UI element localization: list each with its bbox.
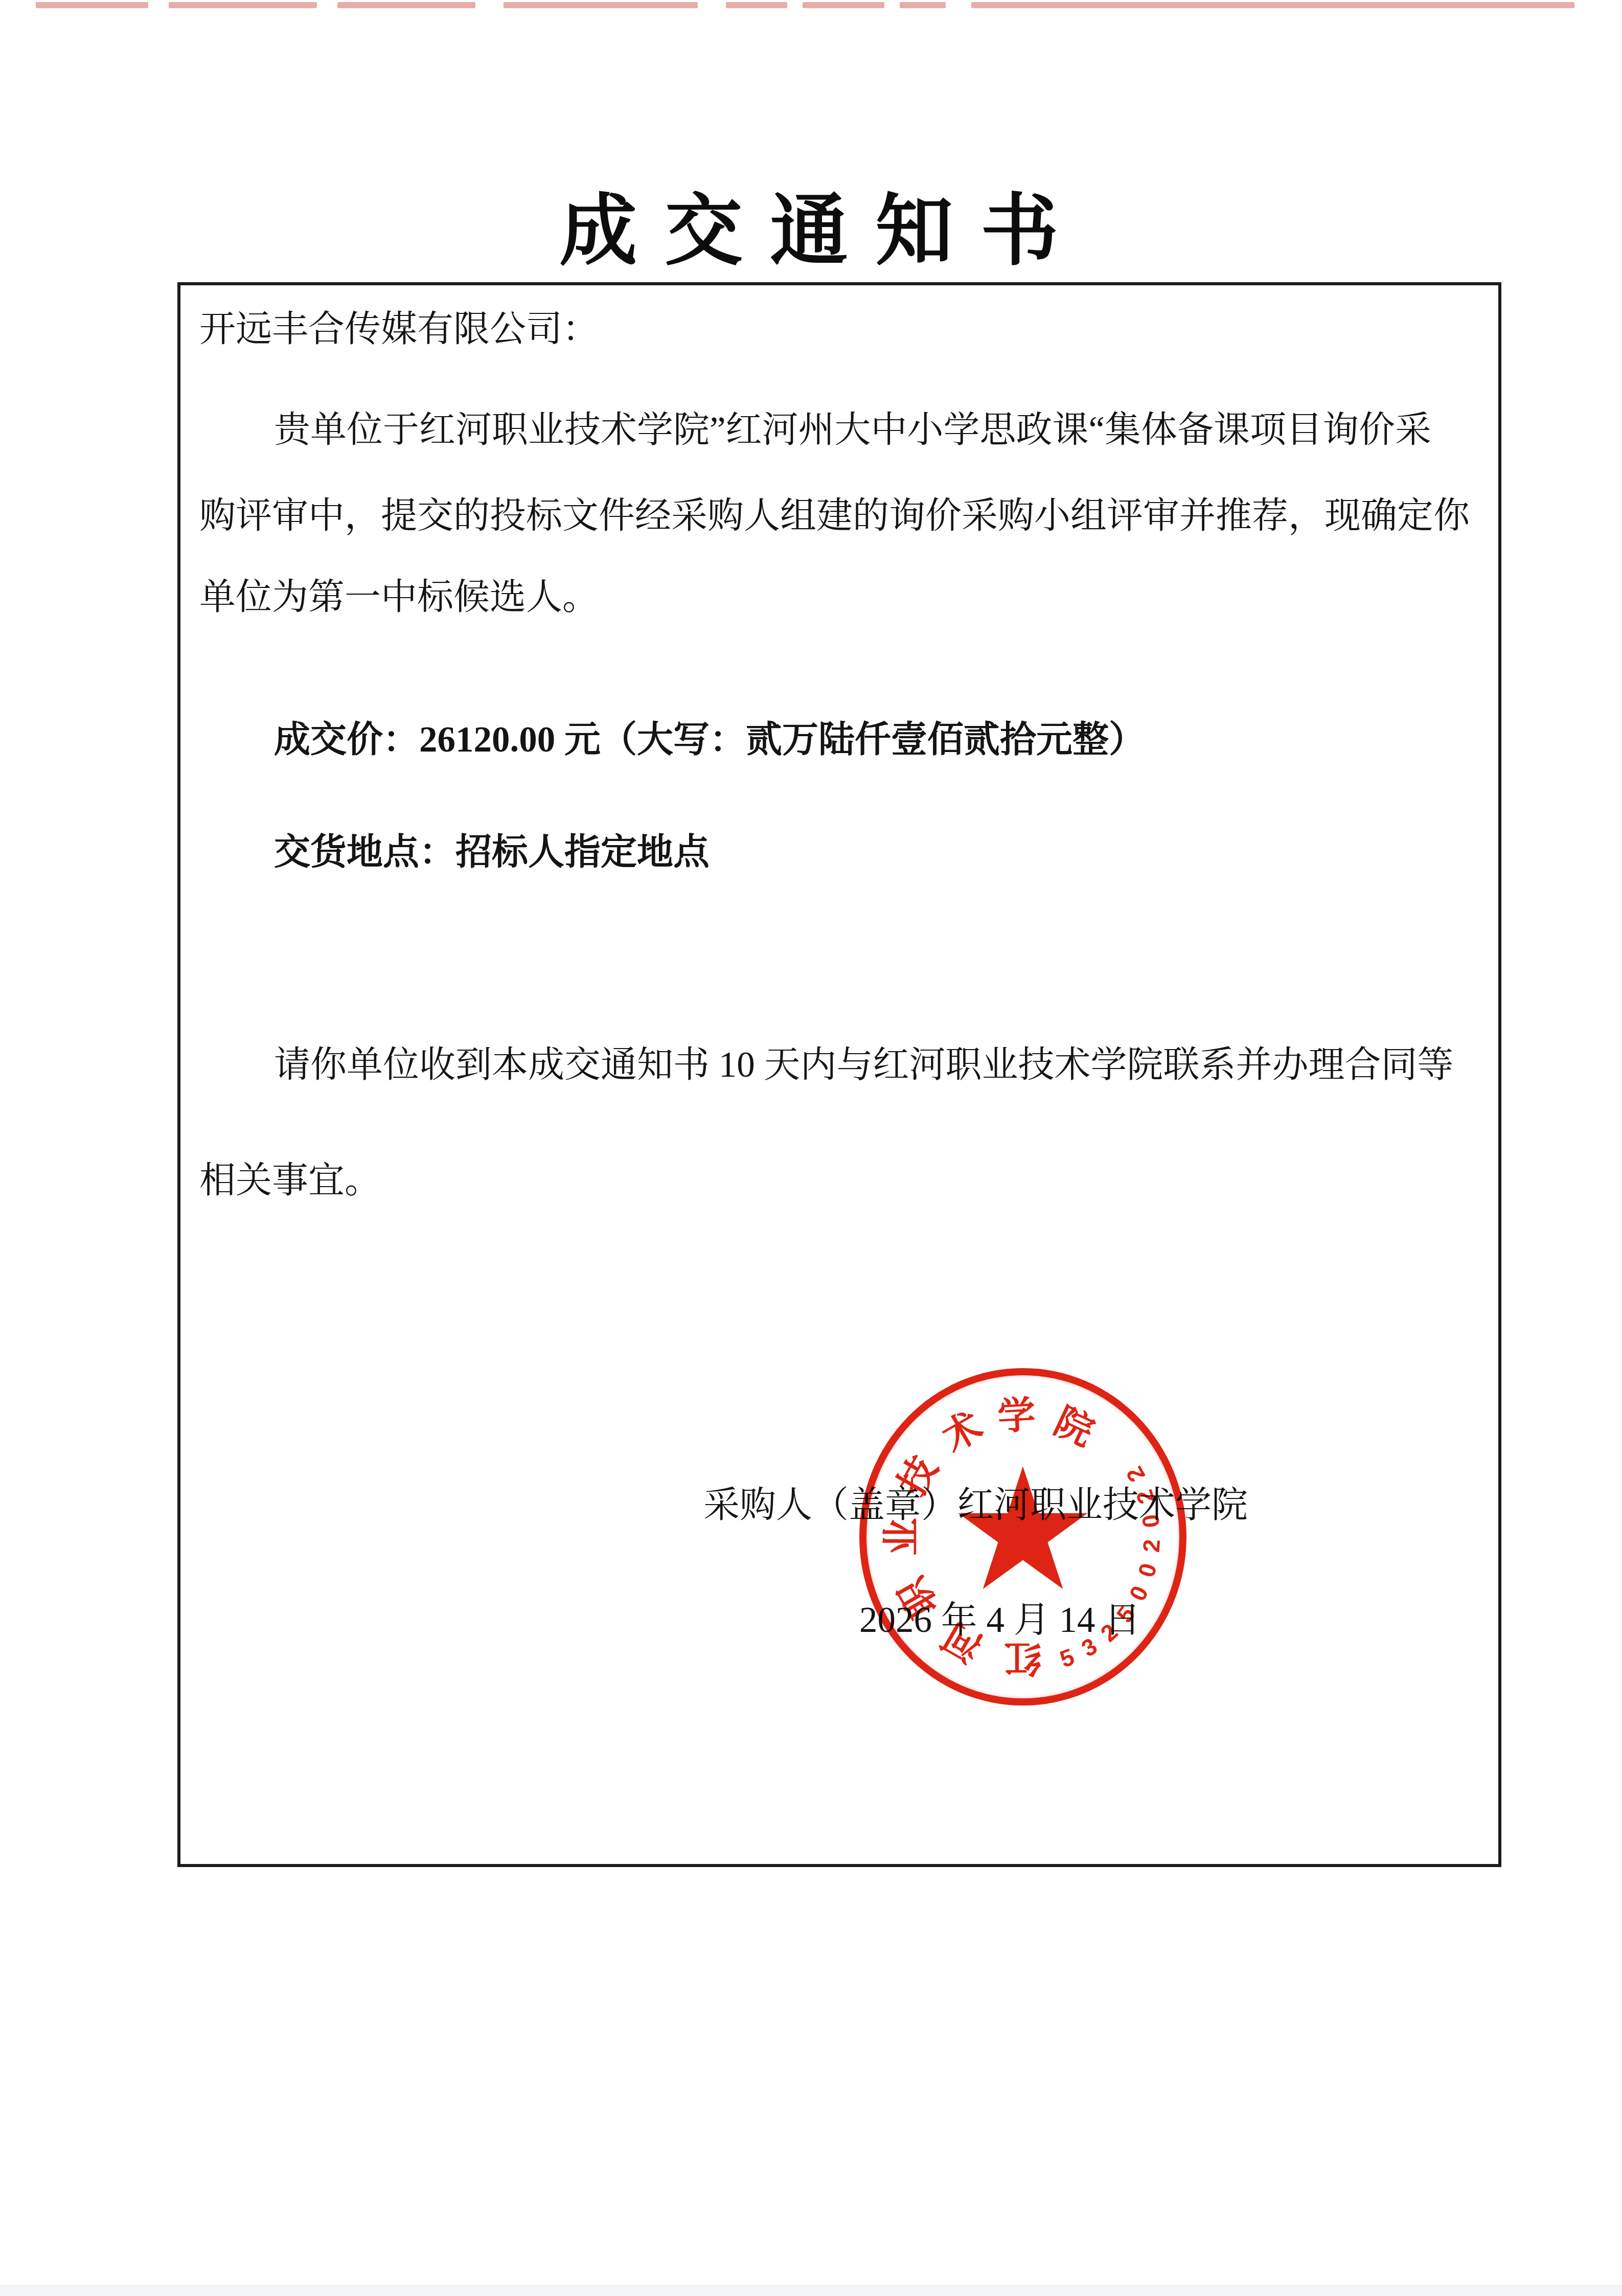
official-seal-stamp: ★ 红 河 职 业 技 术 学 院 5 3 2 5 0 0 2 0 2 2 [859, 1368, 1186, 1706]
page-title: 成 交 通 知 书 [0, 169, 1622, 280]
seal-star-icon: ★ [947, 1446, 1099, 1615]
scanned-award-notice-page: { "document": { "title": "成 交 通 知 书", "r… [0, 0, 1622, 2296]
scan-artifact-bottom-strip [0, 2285, 1622, 2296]
date-line: 2026 年 4 月 14 日 [859, 1599, 1140, 1642]
scan-artifact-top-strip [0, 2, 1622, 10]
scan-artifact-dash [803, 2, 884, 8]
seal-org-char: 院 [1049, 1402, 1099, 1452]
notice-paragraph-line-2: 相关事宜。 [199, 1160, 381, 1202]
recipient-line: 开远丰合传媒有限公司： [199, 308, 599, 351]
scan-artifact-dash [337, 2, 475, 8]
scan-artifact-dash [504, 2, 698, 8]
delivery-location-line: 交货地点：招标人指定地点 [274, 831, 710, 874]
letter-frame: 开远丰合传媒有限公司： 贵单位于红河职业技术学院”红河州大中小学思政课“集体备课… [177, 282, 1501, 1867]
body-paragraph-line-2: 购评审中，提交的投标文件经采购人组建的询价采购小组评审并推荐，现确定你 [199, 495, 1470, 538]
notice-paragraph-line-1: 请你单位收到本成交通知书 10 天内与红河职业技术学院联系并办理合同等 [274, 1044, 1454, 1087]
seal-ring [859, 1368, 1186, 1706]
seal-org-char: 学 [997, 1396, 1037, 1436]
body-paragraph-line-3: 单位为第一中标候选人。 [199, 576, 599, 619]
seal-serial-digit: 5 [1057, 1645, 1077, 1671]
seal-serial-digit: 2 [1122, 1463, 1149, 1486]
scan-artifact-dash [169, 2, 317, 8]
body-paragraph-line-1: 贵单位于红河职业技术学院”红河州大中小学思政课“集体备课项目询价采 [274, 409, 1431, 452]
scan-artifact-dash [971, 2, 1574, 8]
seal-org-char: 术 [936, 1406, 988, 1458]
scan-artifact-dash [900, 2, 946, 8]
seal-org-char: 红 [1004, 1639, 1042, 1677]
seal-serial-digit: 0 [1134, 1561, 1160, 1580]
price-line: 成交价：26120.00 元（大写：贰万陆仟壹佰贰拾元整） [274, 719, 1145, 762]
scan-artifact-dash [36, 2, 148, 8]
scan-artifact-dash [726, 2, 787, 8]
seal-serial-digit: 2 [1139, 1538, 1164, 1553]
purchaser-signature-line: 采购人（盖章）红河职业技术学院 [703, 1484, 1248, 1527]
